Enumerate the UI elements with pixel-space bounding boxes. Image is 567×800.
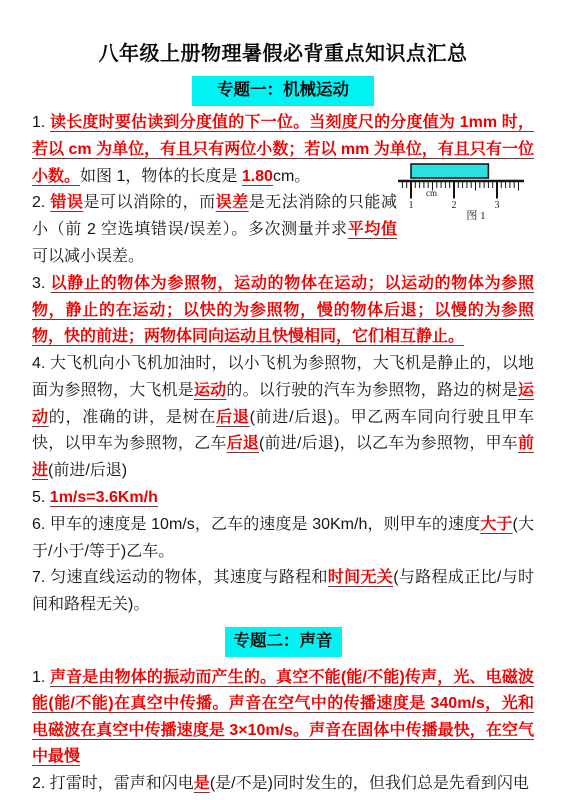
body-text: 2. — [32, 194, 50, 211]
answer-text: 1m/s=3.6Km/h — [50, 489, 158, 506]
knowledge-point-2-2: 2. 打雷时，雷声和闪电是(是/不是)同时发生的，但我们总是先看到闪电 — [32, 771, 534, 798]
topic-1-header: 专题一：机械运动 — [192, 76, 374, 106]
ruler-diagram: cm 1 2 3 图 1 — [396, 158, 532, 222]
page-title: 八年级上册物理暑假必背重点知识点汇总 — [32, 42, 534, 67]
body-text: 如图 1，物体的长度是 — [80, 168, 242, 185]
answer-text: 误差 — [216, 194, 249, 211]
topic-1-body: cm 1 2 3 图 1 1. 读长度时要估读到分度值的下一位。当刻度尺的分度值… — [32, 110, 534, 619]
ruler-number-3: 3 — [495, 200, 500, 211]
answer-text: 后退 — [227, 435, 259, 452]
body-text: 是可以消除的，而 — [83, 194, 215, 211]
ruler-ticks — [402, 181, 518, 198]
answer-text: 平均值 — [348, 221, 397, 238]
answer-text: 后退 — [216, 409, 249, 426]
ruler-figure: cm 1 2 3 图 1 — [396, 158, 532, 222]
answer-text: 运动 — [194, 382, 226, 399]
ruler-object — [411, 164, 488, 178]
answer-text: 以静止的物体为参照物，运动的物体在运动；以运动的物体为参照物，静止的在运动；以快… — [32, 275, 534, 346]
document-page: 八年级上册物理暑假必背重点知识点汇总 专题一：机械运动 cm 1 2 3 图 1… — [0, 0, 567, 800]
answer-text: 1.80 — [242, 168, 273, 185]
knowledge-point-1-7: 7. 匀速直线运动的物体，其速度与路程和时间无关(与路程成正比/与时间和路程无关… — [32, 565, 534, 619]
knowledge-point-1-4: 4. 大飞机向小飞机加油时，以小飞机为参照物，大飞机是静止的，以地面为参照物，大… — [32, 351, 534, 485]
body-text: 2. 打雷时，雷声和闪电 — [32, 775, 194, 792]
body-text: 的。以行驶的汽车为参照物，路边的树是 — [226, 382, 518, 399]
body-text: 1. — [32, 669, 50, 686]
ruler-number-2: 2 — [452, 200, 457, 211]
body-text: (是/不是)同时发生的，但我们总是先看到闪电 — [210, 775, 529, 792]
answer-text: 大于 — [480, 516, 512, 533]
knowledge-point-1-5: 5. 1m/s=3.6Km/h — [32, 485, 534, 512]
knowledge-point-2-1: 1. 声音是由物体的振动而产生的。真空不能(能/不能)传声，光、电磁波能(能/不… — [32, 665, 534, 771]
knowledge-point-1-3: 3. 以静止的物体为参照物，运动的物体在运动；以运动的物体为参照物，静止的在运动… — [32, 271, 534, 351]
ruler-unit-label: cm — [426, 188, 437, 198]
answer-text: 声音是由物体的振动而产生的。真空不能(能/不能)传声，光、电磁波能(能/不能)在… — [32, 669, 534, 766]
knowledge-point-1-6: 6. 甲车的速度是 10m/s，乙车的速度是 30Km/h，则甲车的速度大于(大… — [32, 512, 534, 566]
body-text: 5. — [32, 489, 50, 506]
body-text: 6. 甲车的速度是 10m/s，乙车的速度是 30Km/h，则甲车的速度 — [32, 516, 480, 533]
body-text: 7. 匀速直线运动的物体，其速度与路程和 — [32, 569, 328, 586]
body-text: 的，准确的讲，是树在 — [49, 409, 216, 426]
figure-caption: 图 1 — [466, 209, 485, 222]
ruler-number-1: 1 — [409, 200, 414, 211]
body-text: 1. — [32, 114, 50, 131]
body-text: cm。 — [273, 168, 310, 185]
topic-1-header-label: 专题一：机械运动 — [217, 81, 349, 99]
topic-2-header-label: 专题二：声音 — [234, 632, 333, 650]
answer-text: 时间无关 — [328, 569, 393, 586]
topic-2-header: 专题二：声音 — [225, 627, 342, 657]
body-text: (前进/后退)，以乙车为参照物，甲车 — [259, 435, 518, 452]
body-text: 3. — [32, 275, 51, 292]
answer-text: 是 — [194, 775, 210, 792]
topic-2-body: 1. 声音是由物体的振动而产生的。真空不能(能/不能)传声，光、电磁波能(能/不… — [32, 665, 534, 798]
body-text: (前进/后退) — [48, 462, 127, 479]
body-text: 可以减小误差。 — [32, 248, 144, 265]
answer-text: 错误 — [50, 194, 83, 211]
